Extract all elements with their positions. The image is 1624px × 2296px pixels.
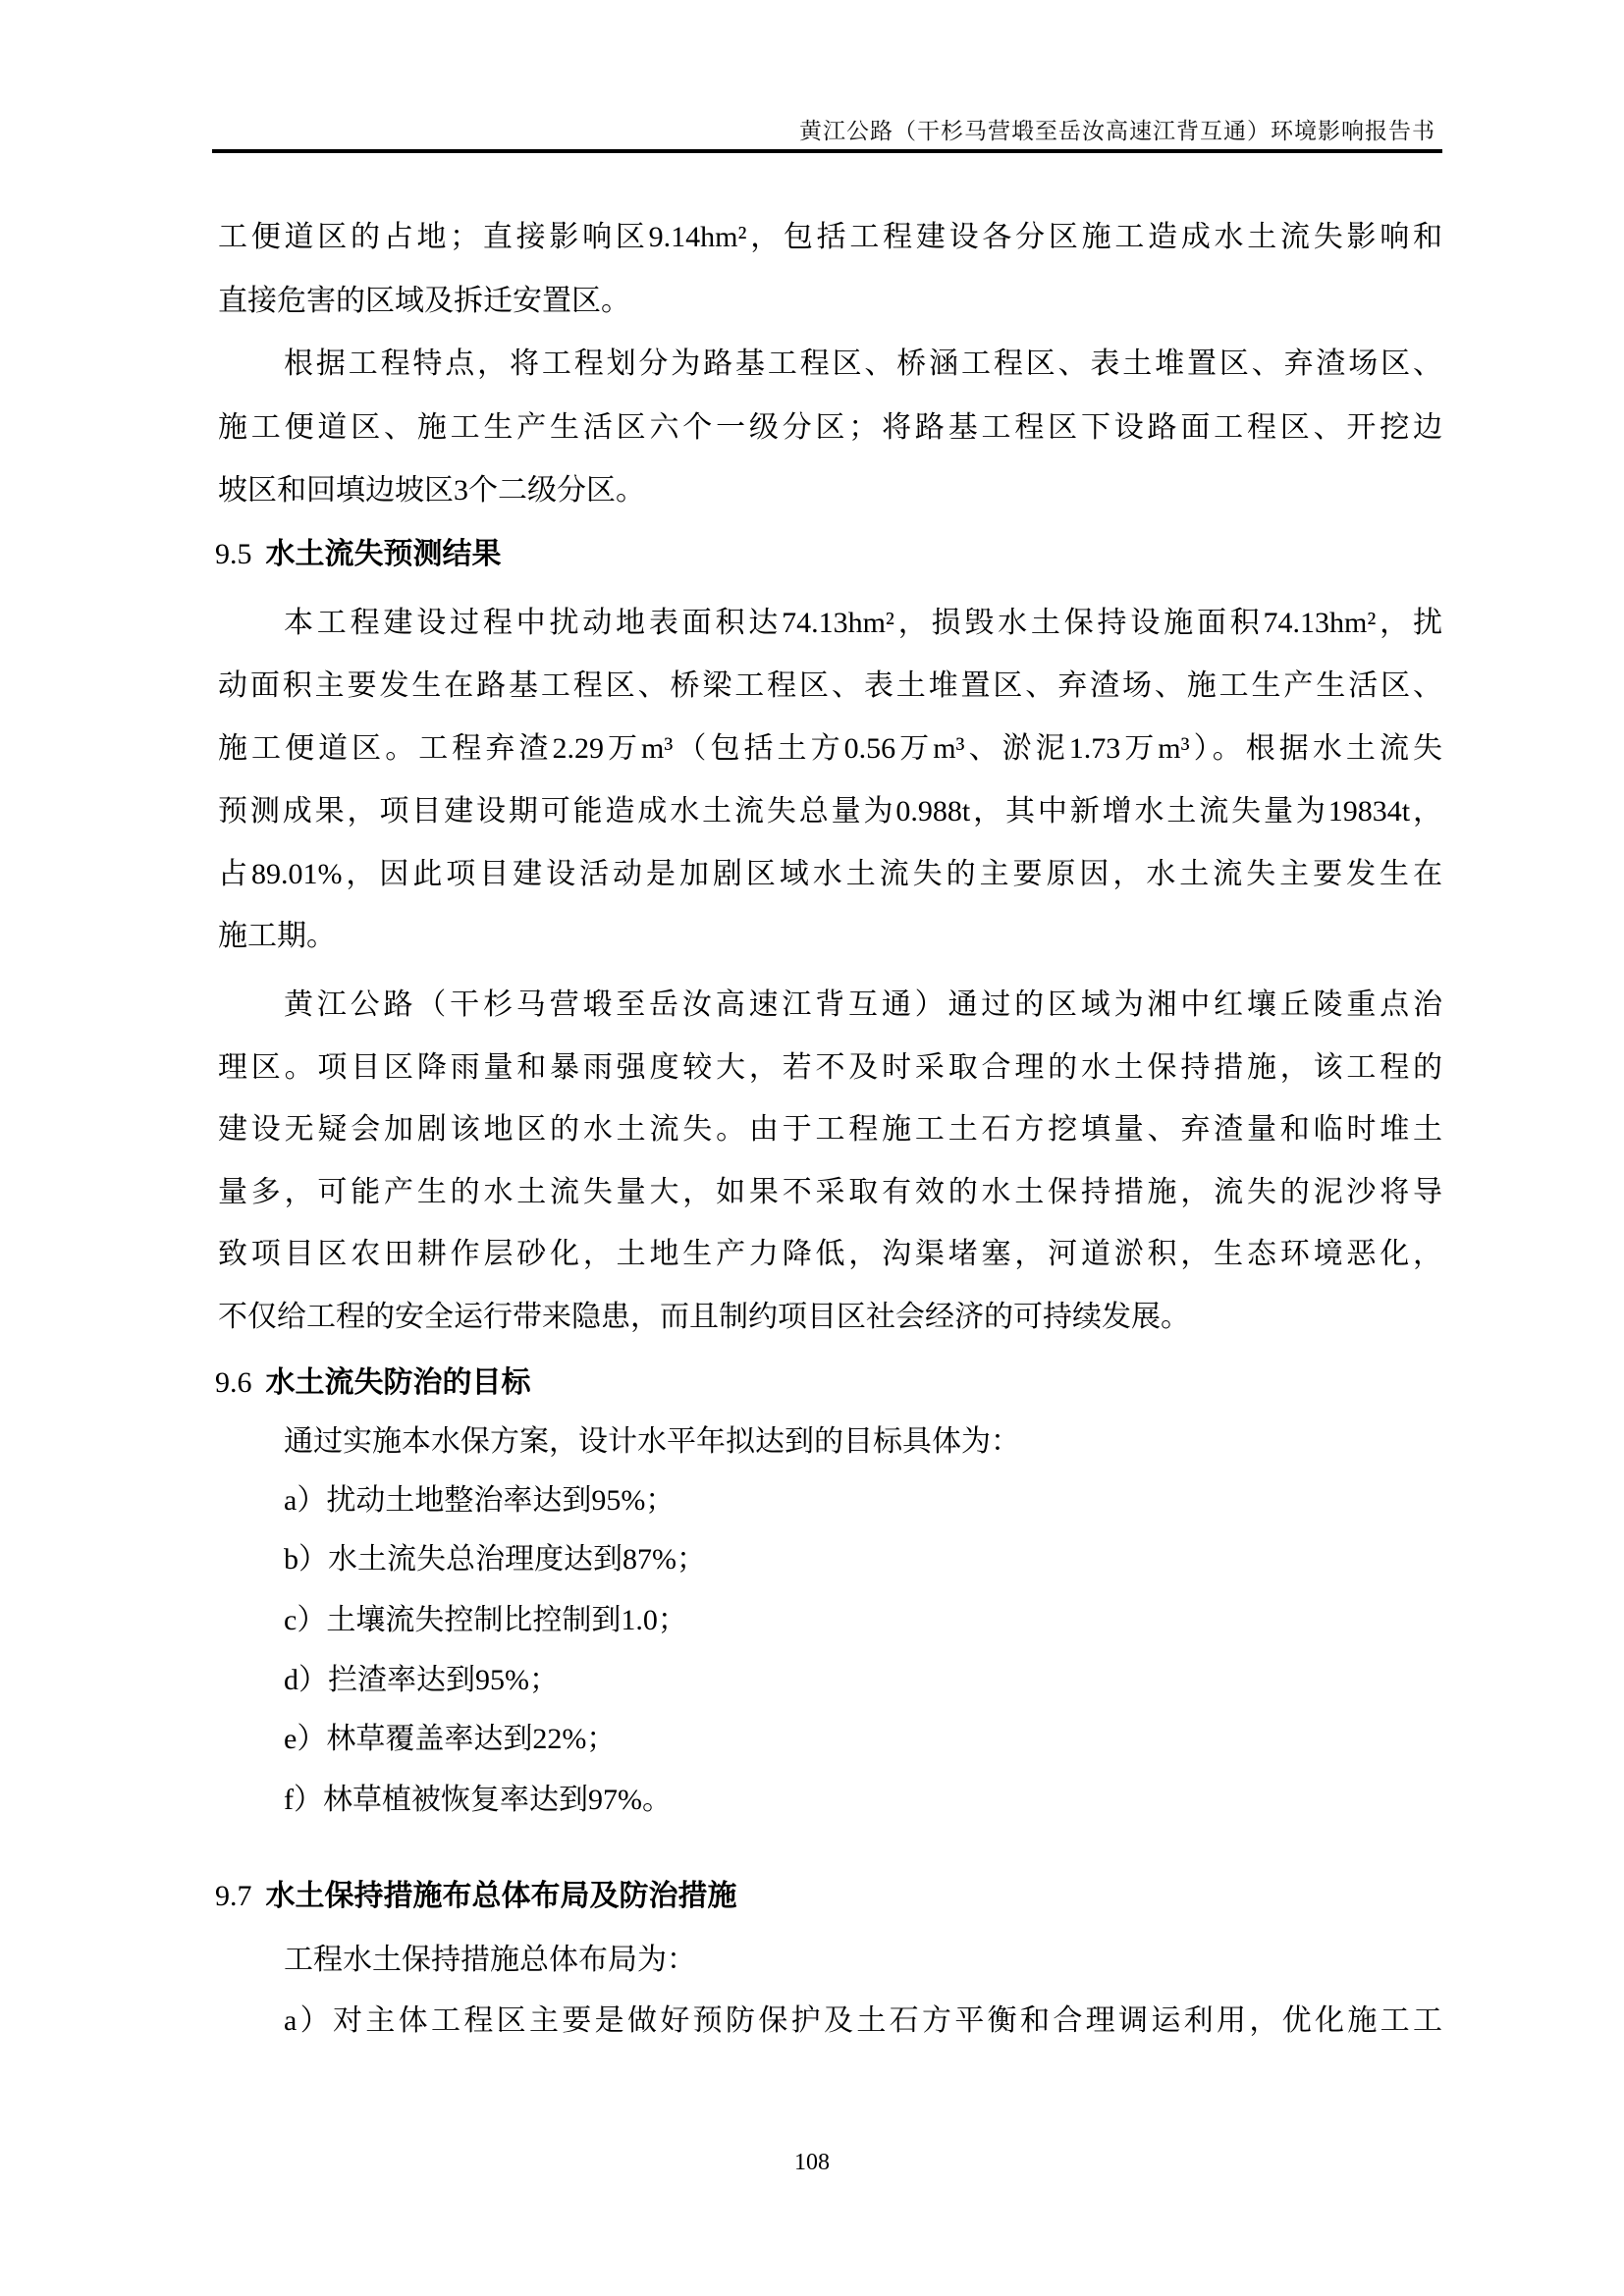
section-number: 9.5 bbox=[215, 538, 252, 570]
list-item: e）林草覆盖率达到22%； bbox=[284, 1720, 1442, 1759]
list-item: a）对主体工程区主要是做好预防保护及土石方平衡和合理调运利用，优化施工工 bbox=[284, 2002, 1442, 2041]
section-number: 9.6 bbox=[215, 1366, 252, 1399]
section-heading-9-6: 9.6水土流失防治的目标 bbox=[215, 1363, 531, 1403]
body-line: 施工便道区。工程弃渣2.29万m³（包括土方0.56万m³、淤泥1.73万m³）… bbox=[218, 729, 1442, 769]
body-line: 根据工程特点，将工程划分为路基工程区、桥涵工程区、表土堆置区、弃渣场区、 bbox=[284, 345, 1442, 384]
document-page: 黄江公路（干杉马营塅至岳汝高速江背互通）环境影响报告书 工便道区的占地；直接影响… bbox=[0, 0, 1624, 2296]
body-line: 致项目区农田耕作层砂化，土地生产力降低，沟渠堵塞，河道淤积，生态环境恶化， bbox=[218, 1235, 1442, 1274]
header-rule bbox=[212, 149, 1442, 153]
section-number: 9.7 bbox=[215, 1880, 252, 1912]
body-line: 建设无疑会加剧该地区的水土流失。由于工程施工土石方挖填量、弃渣量和临时堆土 bbox=[218, 1110, 1442, 1149]
section-title: 水土流失防治的目标 bbox=[266, 1365, 531, 1400]
body-line: 量多，可能产生的水土流失量大，如果不采取有效的水土保持措施，流失的泥沙将导 bbox=[218, 1173, 1442, 1212]
list-item: f）林草植被恢复率达到97%。 bbox=[284, 1781, 1442, 1820]
page-number: 108 bbox=[0, 2148, 1624, 2177]
body-line: 黄江公路（干杉马营塅至岳汝高速江背互通）通过的区域为湘中红壤丘陵重点治 bbox=[284, 986, 1442, 1025]
section-title: 水土流失预测结果 bbox=[266, 537, 502, 571]
body-line: 施工期。 bbox=[218, 917, 1442, 956]
list-item: a）扰动土地整治率达到95%； bbox=[284, 1481, 1442, 1521]
body-line: 通过实施本水保方案，设计水平年拟达到的目标具体为： bbox=[284, 1422, 1442, 1462]
body-line: 本工程建设过程中扰动地表面积达74.13hm²，损毁水土保持设施面积74.13h… bbox=[284, 604, 1442, 643]
body-line: 动面积主要发生在路基工程区、桥梁工程区、表土堆置区、弃渣场、施工生产生活区、 bbox=[218, 667, 1442, 706]
running-header: 黄江公路（干杉马营塅至岳汝高速江背互通）环境影响报告书 bbox=[212, 116, 1435, 147]
body-line: 预测成果，项目建设期可能造成水土流失总量为0.988t，其中新增水土流失量为19… bbox=[218, 792, 1442, 831]
section-title: 水土保持措施布总体布局及防治措施 bbox=[266, 1879, 737, 1913]
section-heading-9-5: 9.5水土流失预测结果 bbox=[215, 535, 502, 574]
body-line: 施工便道区、施工生产生活区六个一级分区；将路基工程区下设路面工程区、开挖边 bbox=[218, 408, 1442, 448]
list-item: d）拦渣率达到95%； bbox=[284, 1661, 1442, 1700]
body-line: 工程水土保持措施总体布局为： bbox=[284, 1941, 1442, 1980]
body-line: 直接危害的区域及拆迁安置区。 bbox=[218, 282, 1442, 321]
list-item: c）土壤流失控制比控制到1.0； bbox=[284, 1601, 1442, 1640]
body-line: 工便道区的占地；直接影响区9.14hm²，包括工程建设各分区施工造成水土流失影响… bbox=[218, 218, 1442, 257]
body-line: 不仅给工程的安全运行带来隐患，而且制约项目区社会经济的可持续发展。 bbox=[218, 1298, 1442, 1337]
list-item: b）水土流失总治理度达到87%； bbox=[284, 1540, 1442, 1579]
body-line: 坡区和回填边坡区3个二级分区。 bbox=[218, 471, 1442, 510]
section-heading-9-7: 9.7水土保持措施布总体布局及防治措施 bbox=[215, 1877, 737, 1916]
body-line: 占89.01%，因此项目建设活动是加剧区域水土流失的主要原因，水土流失主要发生在 bbox=[218, 855, 1442, 894]
body-line: 理区。项目区降雨量和暴雨强度较大，若不及时采取合理的水土保持措施，该工程的 bbox=[218, 1048, 1442, 1088]
